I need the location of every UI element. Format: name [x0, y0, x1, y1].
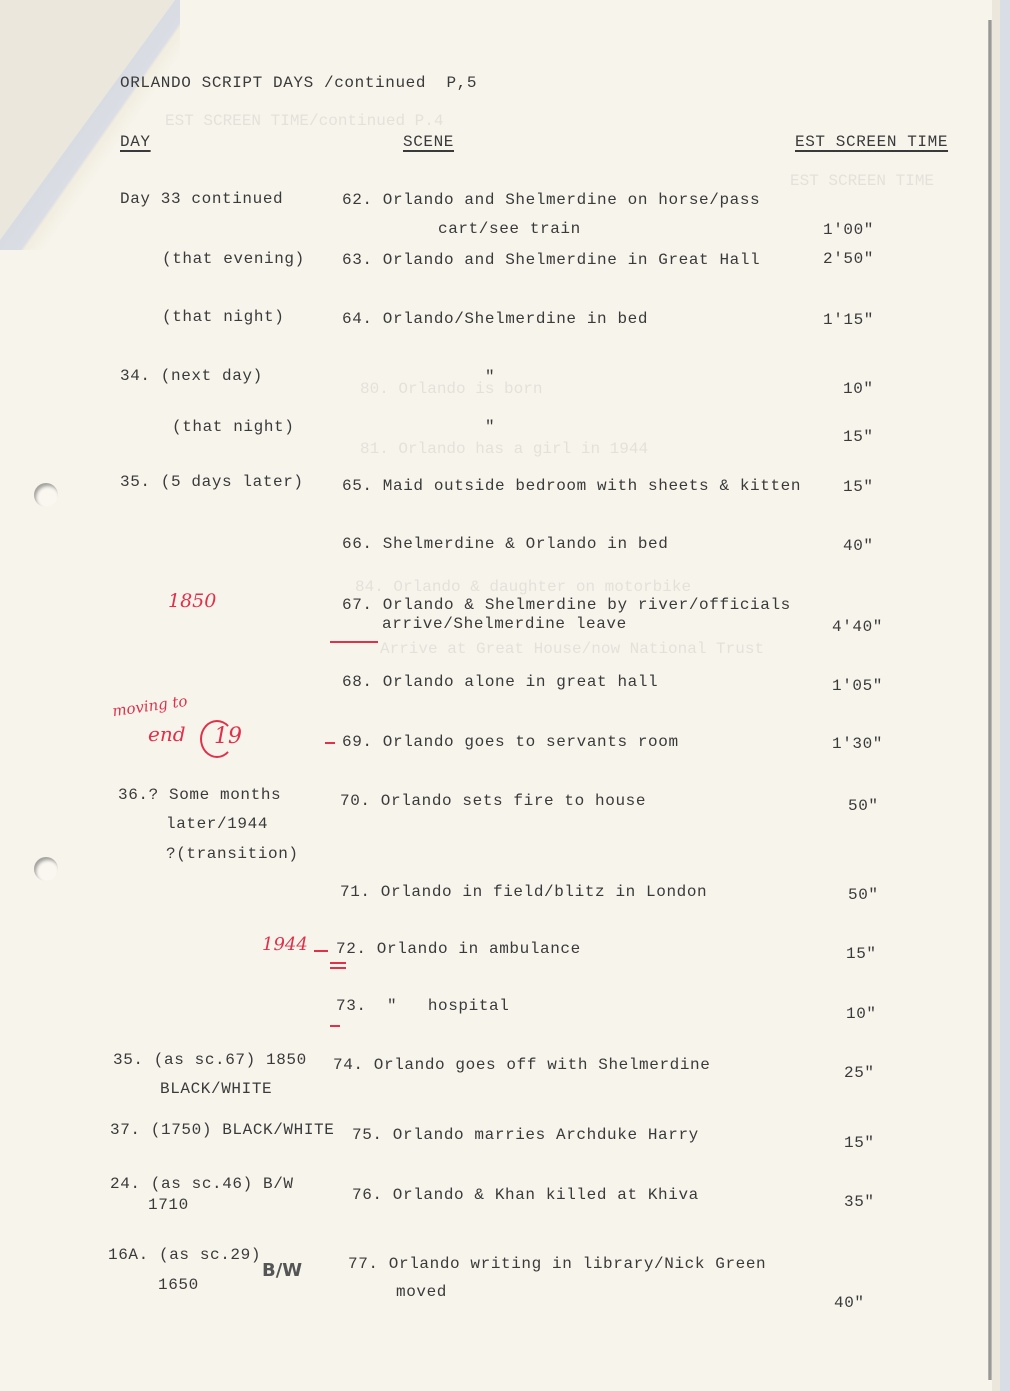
- punch-hole: [34, 483, 58, 507]
- day-label: 1650: [158, 1276, 199, 1294]
- day-label: Day 33 continued: [120, 190, 283, 208]
- scene-71: 71. Orlando in field/blitz in London: [340, 883, 707, 901]
- annotation-1850: 1850: [168, 590, 216, 612]
- day-label: 36.? Some months: [118, 786, 281, 804]
- time-74: 25": [844, 1064, 875, 1082]
- scene-ditto: ": [485, 418, 495, 436]
- scene-76: 76. Orlando & Khan killed at Khiva: [352, 1186, 699, 1204]
- time-70: 50": [848, 797, 879, 815]
- time-69: 1'30": [832, 735, 883, 753]
- red-dash: [325, 742, 335, 744]
- day-label: 35. (5 days later): [120, 473, 304, 491]
- scene-77-cont: moved: [396, 1283, 447, 1301]
- time-72: 15": [846, 945, 877, 963]
- red-dash: [330, 641, 378, 643]
- day-label: (that evening): [162, 250, 305, 268]
- page-edge: [988, 20, 992, 1380]
- time-65: 15": [843, 478, 874, 496]
- red-double-underline: [330, 962, 346, 964]
- scene-63: 63. Orlando and Shelmerdine in Great Hal…: [342, 251, 760, 269]
- page-title: ORLANDO SCRIPT DAYS /continued P,5: [120, 74, 477, 92]
- red-double-underline: [330, 967, 346, 969]
- scene-70: 70. Orlando sets fire to house: [340, 792, 646, 810]
- scene-65: 65. Maid outside bedroom with sheets & k…: [342, 477, 801, 495]
- day-label: 1710: [148, 1196, 189, 1214]
- time-67: 4'40": [832, 618, 883, 636]
- scene-67: 67. Orlando & Shelmerdine by river/offic…: [342, 596, 791, 614]
- scene-69: 69. Orlando goes to servants room: [342, 733, 679, 751]
- day-label: BLACK/WHITE: [160, 1080, 272, 1098]
- scene-75: 75. Orlando marries Archduke Harry: [352, 1126, 699, 1144]
- red-dash: [330, 1025, 340, 1027]
- time-71: 50": [848, 886, 879, 904]
- scene-64: 64. Orlando/Shelmerdine in bed: [342, 310, 648, 328]
- day-label: 34. (next day): [120, 367, 263, 385]
- time-62: 1'00": [823, 221, 874, 239]
- time-75: 15": [844, 1134, 875, 1152]
- time-77: 40": [834, 1294, 865, 1312]
- annotation-end: end: [148, 722, 186, 746]
- day-label: later/1944: [166, 815, 268, 833]
- time-66: 40": [843, 537, 874, 555]
- scene-67-cont: arrive/Shelmerdine leave: [382, 615, 627, 633]
- scene-62: 62. Orlando and Shelmerdine on horse/pas…: [342, 191, 760, 209]
- day-label: (that night): [162, 308, 284, 326]
- time-ditto-1: 10": [843, 380, 874, 398]
- annotation-19: 19: [214, 724, 242, 749]
- column-header-scene: SCENE: [403, 133, 454, 151]
- column-header-est-screen-time: EST SCREEN TIME: [795, 133, 948, 151]
- day-label: 37. (1750) BLACK/WHITE: [110, 1121, 334, 1139]
- day-label: 35. (as sc.67) 1850: [113, 1051, 307, 1069]
- time-76: 35": [844, 1193, 875, 1211]
- time-63: 2'50": [823, 250, 874, 268]
- scene-72: 72. Orlando in ambulance: [336, 940, 581, 958]
- day-label: ?(transition): [166, 845, 299, 863]
- day-label: 24. (as sc.46) B/W: [110, 1175, 294, 1193]
- time-73: 10": [846, 1005, 877, 1023]
- time-68: 1'05": [832, 677, 883, 695]
- scene-68: 68. Orlando alone in great hall: [342, 673, 658, 691]
- punch-hole: [34, 857, 58, 881]
- day-label: 16A. (as sc.29): [108, 1246, 261, 1264]
- column-header-day: DAY: [120, 133, 151, 151]
- day-label: (that night): [172, 418, 294, 436]
- pencil-bw-mark: B/W: [262, 1260, 302, 1281]
- time-64: 1'15": [823, 311, 874, 329]
- scene-73: 73. " hospital: [336, 997, 509, 1015]
- scene-74: 74. Orlando goes off with Shelmerdine: [333, 1056, 710, 1074]
- scene-ditto: ": [485, 368, 495, 386]
- annotation-1944: 1944: [262, 934, 308, 955]
- scene-62-cont: cart/see train: [438, 220, 581, 238]
- time-ditto-2: 15": [843, 428, 874, 446]
- scene-66: 66. Shelmerdine & Orlando in bed: [342, 535, 668, 553]
- scene-77: 77. Orlando writing in library/Nick Gree…: [348, 1255, 766, 1273]
- red-dash: [314, 950, 328, 952]
